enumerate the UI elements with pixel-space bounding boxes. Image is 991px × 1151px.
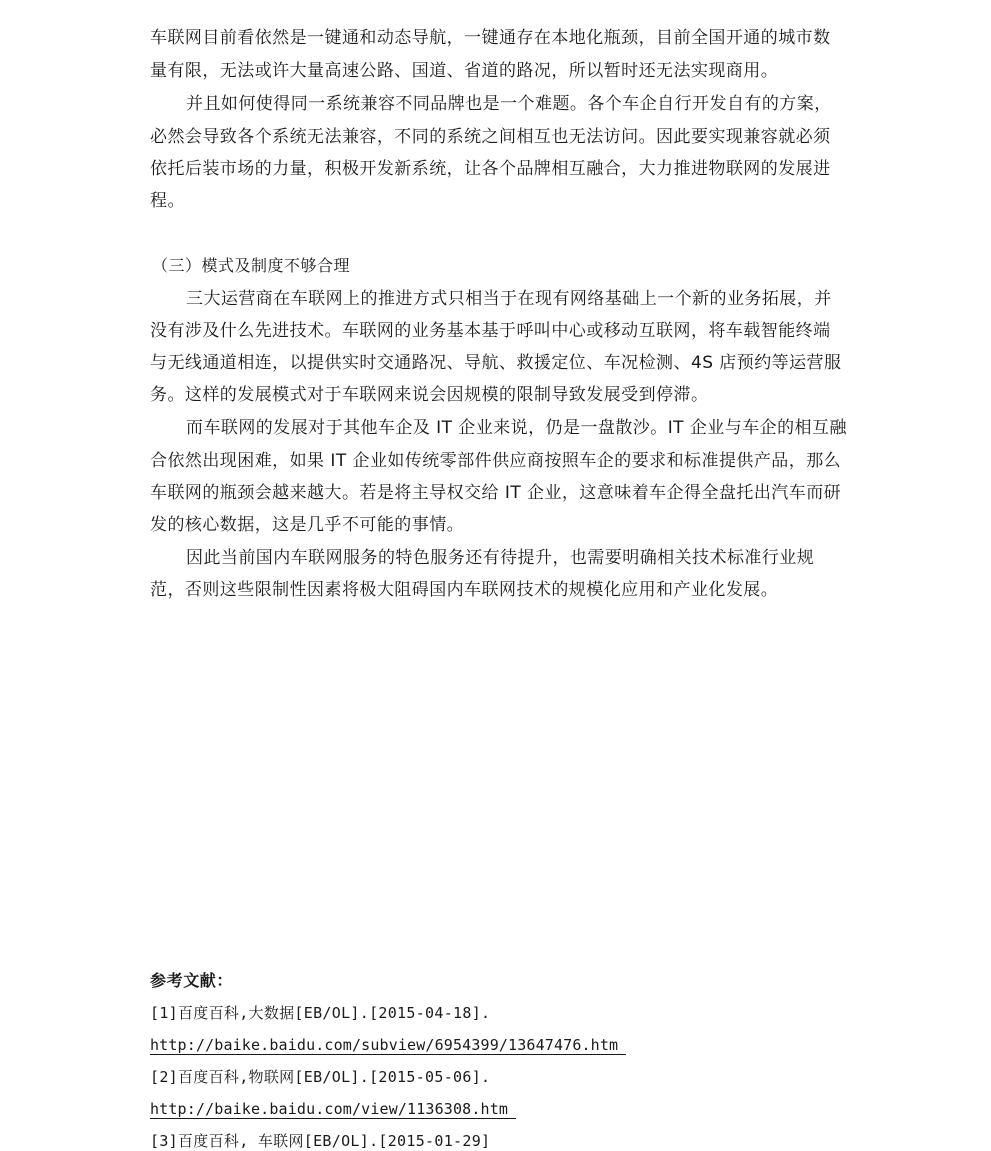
paragraph-line: 发的核心数据，这是几乎不可能的事情。 (150, 514, 464, 536)
references-title: 参考文献： (150, 970, 233, 992)
paragraph-line: 必然会导致各个系统无法兼容，不同的系统之间相互也无法访问。因此要实现兼容就必须 (150, 126, 831, 148)
paragraph-line: 车联网目前看依然是一键通和动态导航，一键通存在本地化瓶颈，目前全国开通的城市数 (150, 27, 831, 49)
paragraph-line: 没有涉及什么先进技术。车联网的业务基本基于呼叫中心或移动互联网，将车载智能终端 (150, 320, 831, 342)
reference-link[interactable]: http://baike.baidu.com/subview/6954399/1… (150, 1036, 626, 1055)
reference-item: [2]百度百科,物联网[EB/OL].[2015-05-06]. (150, 1066, 490, 1088)
reference-link[interactable]: http://baike.baidu.com/view/1136308.htm (150, 1100, 516, 1119)
paragraph-line: 务。这样的发展模式对于车联网来说会因规模的限制导致发展受到停滞。 (150, 384, 708, 406)
reference-item: [3]百度百科, 车联网[EB/OL].[2015-01-29] (150, 1130, 490, 1151)
paragraph-line: 范，否则这些限制性因素将极大阻碍国内车联网技术的规模化应用和产业化发展。 (150, 579, 778, 601)
paragraph-line: 依托后装市场的力量，积极开发新系统，让各个品牌相互融合，大力推进物联网的发展进 (150, 158, 831, 180)
paragraph-line: 合依然出现困难，如果 IT 企业如传统零部件供应商按照车企的要求和标准提供产品，… (150, 450, 841, 472)
paragraph-line: 程。 (150, 190, 185, 212)
paragraph-line: 并且如何使得同一系统兼容不同品牌也是一个难题。各个车企自行开发自有的方案， (186, 93, 832, 115)
paragraph-line: 量有限，无法或许大量高速公路、国道、省道的路况，所以暂时还无法实现商用。 (150, 60, 778, 82)
paragraph-line: 因此当前国内车联网服务的特色服务还有待提升，也需要明确相关技术标准行业规 (186, 547, 814, 569)
paragraph-line: 而车联网的发展对于其他车企及 IT 企业来说，仍是一盘散沙。IT 企业与车企的相… (186, 417, 847, 439)
paragraph-line: 三大运营商在车联网上的推进方式只相当于在现有网络基础上一个新的业务拓展，并 (186, 288, 832, 310)
paragraph-line: 与无线通道相连，以提供实时交通路况、导航、救援定位、车况检测、4S 店预约等运营… (150, 352, 841, 374)
reference-item: [1]百度百科,大数据[EB/OL].[2015-04-18]. (150, 1002, 490, 1024)
paragraph-line: 车联网的瓶颈会越来越大。若是将主导权交给 IT 企业，这意味着车企得全盘托出汽车… (150, 482, 841, 504)
section-heading: （三）模式及制度不够合理 (152, 255, 350, 277)
